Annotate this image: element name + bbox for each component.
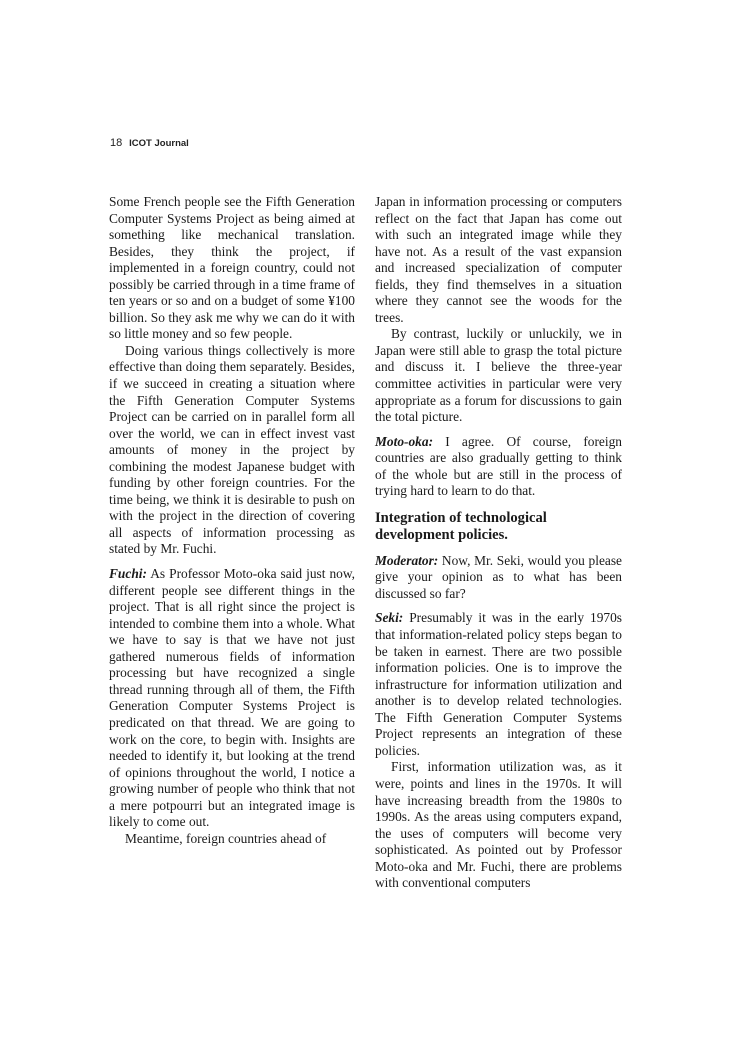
paragraph: First, information utilization was, as i… — [375, 759, 622, 891]
paragraph-seki: Seki: Presumably it was in the early 197… — [375, 610, 622, 759]
speaker-name: Seki: — [375, 610, 403, 625]
left-column: Some French people see the Fifth Generat… — [109, 194, 355, 847]
paragraph: Meantime, foreign countries ahead of — [109, 831, 355, 848]
right-column: Japan in information processing or compu… — [375, 194, 622, 892]
running-header: 18 ICOT Journal — [110, 137, 189, 149]
paragraph-moderator: Moderator: Now, Mr. Seki, would you plea… — [375, 553, 622, 603]
section-heading: Integration of technological development… — [375, 510, 622, 545]
paragraph-text: Presumably it was in the early 1970s tha… — [375, 610, 622, 757]
paragraph-text: First, information utilization was, as i… — [375, 759, 622, 890]
paragraph-text: Doing various things collectively is mor… — [109, 343, 355, 557]
speaker-name: Moderator: — [375, 553, 438, 568]
paragraph-text: By contrast, luckily or unluckily, we in… — [375, 326, 622, 424]
paragraph-text: Japan in information processing or compu… — [375, 194, 622, 325]
speaker-name: Moto-oka: — [375, 434, 433, 449]
paragraph-text: As Professor Moto-oka said just now, dif… — [109, 566, 355, 829]
paragraph: Japan in information processing or compu… — [375, 194, 622, 326]
page-number: 18 — [110, 137, 122, 149]
speaker-name: Fuchi: — [109, 566, 147, 581]
paragraph-fuchi: Fuchi: As Professor Moto-oka said just n… — [109, 566, 355, 831]
paragraph-moto-oka: Moto-oka: I agree. Of course, foreign co… — [375, 434, 622, 500]
paragraph: Some French people see the Fifth Generat… — [109, 194, 355, 343]
paragraph-text: Meantime, foreign countries ahead of — [125, 831, 326, 846]
paragraph: By contrast, luckily or unluckily, we in… — [375, 326, 622, 425]
paragraph-text: Some French people see the Fifth Generat… — [109, 194, 355, 341]
journal-name: ICOT Journal — [129, 138, 189, 149]
paragraph: Doing various things collectively is mor… — [109, 343, 355, 558]
